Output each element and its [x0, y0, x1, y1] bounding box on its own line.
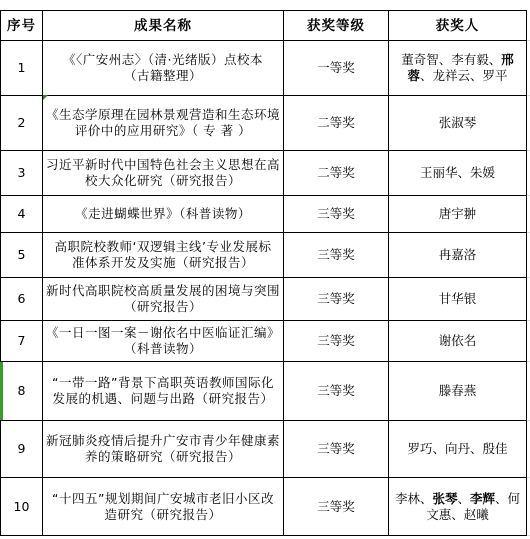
cell-title[interactable]: 习近平新时代中国特色社会主义思想在高校大众化研究（研究报告） — [43, 151, 284, 196]
title-line: “十四五”规划期间广安城市老旧小区改 — [45, 491, 281, 507]
title-line: 评价中的应用研究》（ 专 著 ） — [45, 123, 281, 139]
winner-name-bold: 李辉 — [470, 491, 495, 506]
cell-title[interactable]: 《走进蝴蝶世界》（科普读物） — [43, 196, 284, 233]
cell-indicator-icon — [43, 95, 48, 100]
cell-title[interactable]: 《生态学原理在园林景观营造和生态环境评价中的应用研究》（ 专 著 ） — [43, 96, 284, 151]
cell-winners[interactable]: 滕春燕 — [389, 362, 527, 421]
table-row: 10“十四五”规划期间广安城市老旧小区改造研究（研究报告）三等奖李林、张琴、李辉… — [1, 478, 527, 536]
winner-name-text: 罗巧、向丹、殷佳 — [407, 441, 507, 456]
title-line: 准体系开发及实施（研究报告） — [45, 255, 281, 271]
winner-name-text: 、 — [457, 491, 470, 506]
cell-award-level[interactable]: 三等奖 — [284, 233, 389, 278]
cell-title[interactable]: 《一日一图一案－谢依名中医临证汇编》（科普读物） — [43, 321, 284, 362]
cell-winners[interactable]: 董奇智、李有毅、邢蓉、龙祥云、罗平 — [389, 41, 527, 96]
cell-award-level[interactable]: 三等奖 — [284, 321, 389, 362]
cell-winners[interactable]: 甘华银 — [389, 278, 527, 321]
cell-seq[interactable]: 8 — [1, 362, 43, 421]
cell-seq[interactable]: 4 — [1, 196, 43, 233]
header-title[interactable]: 成果名称 — [43, 11, 284, 41]
cell-title[interactable]: 新冠肺炎疫情后提升广安市青少年健康素养的策略研究（研究报告） — [43, 421, 284, 478]
cell-seq[interactable]: 1 — [1, 41, 43, 96]
cell-award-level[interactable]: 二等奖 — [284, 151, 389, 196]
title-line: 发展的机遇、问题与出路（研究报告） — [45, 391, 281, 407]
header-winners[interactable]: 获奖人 — [389, 11, 527, 41]
title-line: 校大众化研究（研究报告） — [45, 173, 281, 189]
title-line: 习近平新时代中国特色社会主义思想在高 — [45, 157, 281, 173]
table-row: 6新时代高职院校高质量发展的困境与突围（研究报告）三等奖甘华银 — [1, 278, 527, 321]
cell-title[interactable]: 《〈广安州志〉（清·光绪版）点校本（古籍整理） — [43, 41, 284, 96]
cell-award-level[interactable]: 一等奖 — [284, 41, 389, 96]
cell-winners[interactable]: 张淑琴 — [389, 96, 527, 151]
table-row: 9新冠肺炎疫情后提升广安市青少年健康素养的策略研究（研究报告）三等奖罗巧、向丹、… — [1, 421, 527, 478]
table-row: 2《生态学原理在园林景观营造和生态环境评价中的应用研究》（ 专 著 ）二等奖张淑… — [1, 96, 527, 151]
cell-title[interactable]: 新时代高职院校高质量发展的困境与突围（研究报告） — [43, 278, 284, 321]
title-line: 《走进蝴蝶世界》（科普读物） — [45, 206, 281, 222]
awards-table: 序号 成果名称 获奖等级 获奖人 1《〈广安州志〉（清·光绪版）点校本（古籍整理… — [0, 10, 527, 536]
cell-seq[interactable]: 5 — [1, 233, 43, 278]
winner-name-text: 王丽华、朱媛 — [420, 165, 495, 180]
winner-name-text: 董奇智、李有毅、 — [401, 52, 501, 67]
title-line: 《一日一图一案－谢依名中医临证汇编》 — [45, 325, 281, 341]
header-seq[interactable]: 序号 — [1, 11, 43, 41]
cell-winners[interactable]: 谢依名 — [389, 321, 527, 362]
cell-seq[interactable]: 9 — [1, 421, 43, 478]
winner-name-text: 李林、 — [395, 491, 433, 506]
title-line: 高职院校教师‘双逻辑主线’专业发展标 — [45, 239, 281, 255]
selection-edge-marker — [0, 362, 3, 420]
title-line: 新冠肺炎疫情后提升广安市青少年健康素 — [45, 433, 281, 449]
cell-seq[interactable]: 3 — [1, 151, 43, 196]
winner-name-text: 谢依名 — [439, 333, 477, 348]
cell-award-level[interactable]: 三等奖 — [284, 278, 389, 321]
spreadsheet-sheet: 序号 成果名称 获奖等级 获奖人 1《〈广安州志〉（清·光绪版）点校本（古籍整理… — [0, 0, 530, 539]
cell-winners[interactable]: 冉嘉洛 — [389, 233, 527, 278]
title-line: 《〈广安州志〉（清·光绪版）点校本 — [45, 52, 281, 68]
title-line: （研究报告） — [45, 299, 281, 315]
cell-title[interactable]: 高职院校教师‘双逻辑主线’专业发展标准体系开发及实施（研究报告） — [43, 233, 284, 278]
title-line: （科普读物） — [45, 341, 281, 357]
cell-seq[interactable]: 7 — [1, 321, 43, 362]
table-row: 4《走进蝴蝶世界》（科普读物）三等奖唐宇翀 — [1, 196, 527, 233]
winner-name-bold: 张琴 — [432, 491, 457, 506]
title-line: （古籍整理） — [45, 68, 281, 84]
title-line: 造研究（研究报告） — [45, 507, 281, 523]
cell-seq[interactable]: 2 — [1, 96, 43, 151]
cell-seq[interactable]: 10 — [1, 478, 43, 536]
winner-name-text: 唐宇翀 — [439, 206, 477, 221]
cell-seq[interactable]: 6 — [1, 278, 43, 321]
header-row: 序号 成果名称 获奖等级 获奖人 — [1, 11, 527, 41]
cell-award-level[interactable]: 二等奖 — [284, 96, 389, 151]
cell-winners[interactable]: 唐宇翀 — [389, 196, 527, 233]
winner-name-text: 、龙祥云、罗平 — [420, 68, 508, 83]
cell-title[interactable]: “一带一路”背景下高职英语教师国际化发展的机遇、问题与出路（研究报告） — [43, 362, 284, 421]
title-line: 新时代高职院校高质量发展的困境与突围 — [45, 283, 281, 299]
cell-award-level[interactable]: 三等奖 — [284, 362, 389, 421]
winner-name-text: 滕春燕 — [439, 383, 477, 398]
table-row: 5高职院校教师‘双逻辑主线’专业发展标准体系开发及实施（研究报告）三等奖冉嘉洛 — [1, 233, 527, 278]
title-line: 《生态学原理在园林景观营造和生态环境 — [45, 107, 281, 123]
winner-name-text: 张淑琴 — [439, 115, 477, 130]
cell-award-level[interactable]: 三等奖 — [284, 421, 389, 478]
table-row: 7《一日一图一案－谢依名中医临证汇编》（科普读物）三等奖谢依名 — [1, 321, 527, 362]
table-row: 1《〈广安州志〉（清·光绪版）点校本（古籍整理）一等奖董奇智、李有毅、邢蓉、龙祥… — [1, 41, 527, 96]
header-level[interactable]: 获奖等级 — [284, 11, 389, 41]
cell-winners[interactable]: 李林、张琴、李辉、何文惠、赵曦 — [389, 478, 527, 536]
cell-winners[interactable]: 王丽华、朱媛 — [389, 151, 527, 196]
table-row: 8“一带一路”背景下高职英语教师国际化发展的机遇、问题与出路（研究报告）三等奖滕… — [1, 362, 527, 421]
title-line: “一带一路”背景下高职英语教师国际化 — [45, 375, 281, 391]
winner-name-text: 冉嘉洛 — [439, 247, 477, 262]
cell-award-level[interactable]: 三等奖 — [284, 196, 389, 233]
cell-winners[interactable]: 罗巧、向丹、殷佳 — [389, 421, 527, 478]
winner-name-text: 甘华银 — [439, 291, 477, 306]
table-row: 3习近平新时代中国特色社会主义思想在高校大众化研究（研究报告）二等奖王丽华、朱媛 — [1, 151, 527, 196]
title-line: 养的策略研究（研究报告） — [45, 449, 281, 465]
cell-award-level[interactable]: 三等奖 — [284, 478, 389, 536]
cell-title[interactable]: “十四五”规划期间广安城市老旧小区改造研究（研究报告） — [43, 478, 284, 536]
